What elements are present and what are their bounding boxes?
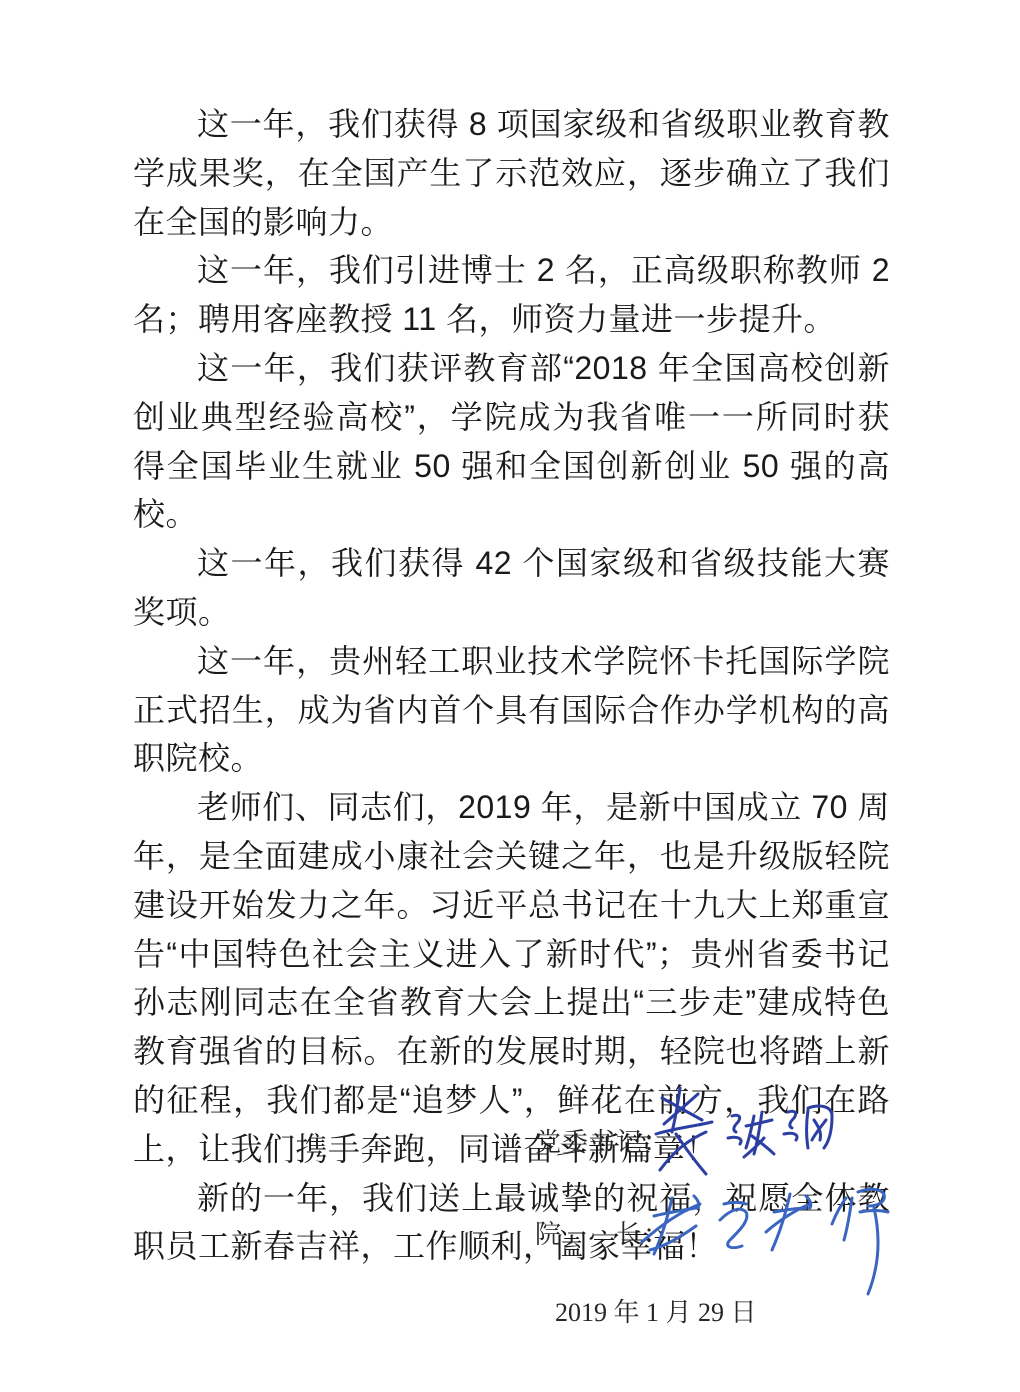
paragraph: 这一年，贵州轻工职业技术学院怀卡托国际学院正式招生，成为省内首个具有国际合作办学… [133,637,890,783]
paragraph: 这一年，我们获得 8 项国家级和省级职业教育教学成果奖，在全国产生了示范效应，逐… [133,100,890,246]
paragraph: 这一年，我们引进博士 2 名，正高级职称教师 2 名；聘用客座教授 11 名，师… [133,246,890,344]
president-signature [628,1180,920,1302]
president-signature-strokes [642,1189,888,1294]
document-page: 这一年，我们获得 8 项国家级和省级职业教育教学成果奖，在全国产生了示范效应，逐… [0,0,1020,1392]
party-secretary-signature-strokes [656,1088,832,1174]
paragraph: 这一年，我们获得 42 个国家级和省级技能大赛奖项。 [133,539,890,637]
paragraph: 这一年，我们获评教育部“2018 年全国高校创新创业典型经验高校”，学院成为我省… [133,344,890,539]
party-secretary-signature [650,1082,842,1182]
date-line: 2019 年 1 月 29 日 [555,1292,757,1329]
